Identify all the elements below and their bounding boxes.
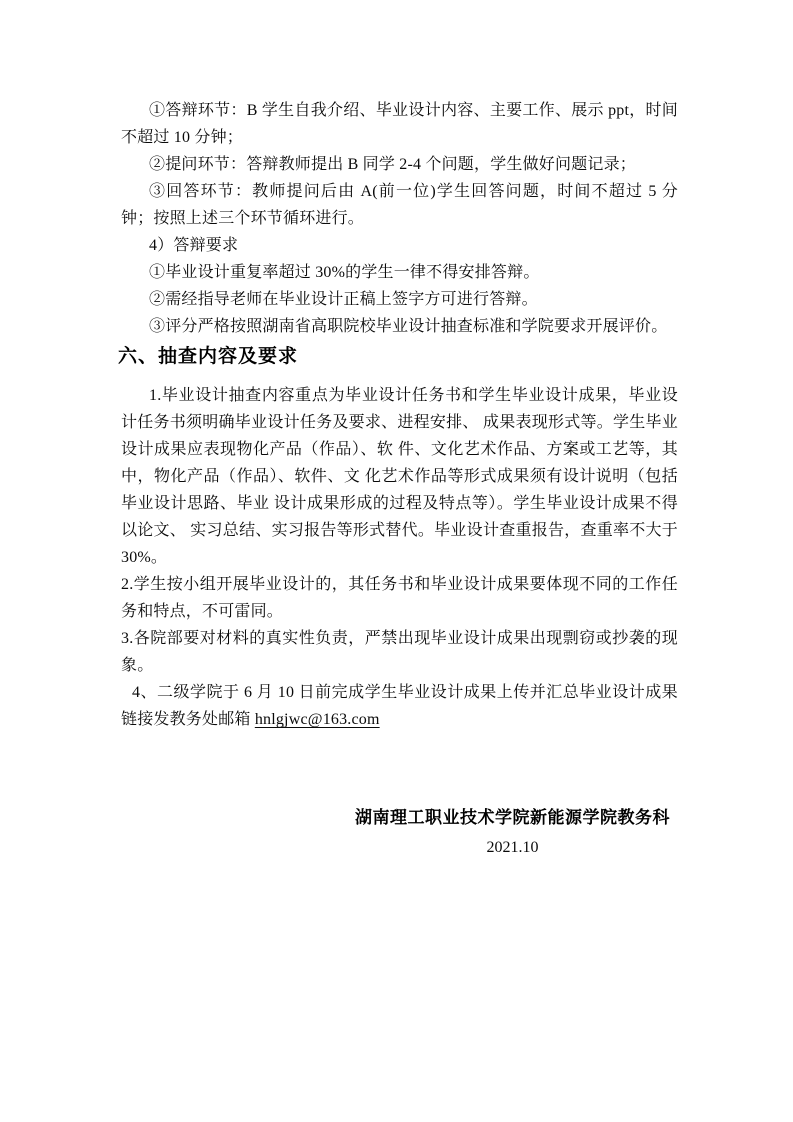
paragraph-defense-requirements-title: 4）答辩要求 bbox=[121, 232, 678, 259]
paragraph-inspection-item-2: 2.学生按小组开展毕业设计的，其任务书和毕业设计成果要体现不同的工作任务和特点，… bbox=[121, 571, 678, 625]
signature-block: 湖南理工职业技术学院新能源学院教务科 2021.10 bbox=[355, 803, 670, 863]
paragraph-inspection-item-3: 3.各院部要对材料的真实性负责，严禁出现毕业设计成果出现剽窃或抄袭的现象。 bbox=[121, 625, 678, 679]
email-link[interactable]: hnlgjwc@163.com bbox=[255, 711, 380, 728]
document-page: ①答辩环节：B 学生自我介绍、毕业设计内容、主要工作、展示 ppt，时间不超过 … bbox=[0, 0, 793, 1122]
signature-date: 2021.10 bbox=[355, 833, 670, 863]
paragraph-defense-step-2: ②提问环节：答辩教师提出 B 同学 2-4 个问题，学生做好问题记录； bbox=[121, 151, 678, 178]
upload-deadline-text: 4、二级学院于 6 月 10 日前完成学生毕业设计成果上传并汇总毕业设计成果链接… bbox=[121, 684, 678, 728]
paragraph-inspection-item-1: 1.毕业设计抽查内容重点为毕业设计任务书和学生毕业设计成果，毕业设计任务书须明确… bbox=[121, 382, 678, 571]
signature-department: 湖南理工职业技术学院新能源学院教务科 bbox=[355, 803, 670, 833]
paragraph-requirement-1: ①毕业设计重复率超过 30%的学生一律不得安排答辩。 bbox=[121, 259, 678, 286]
paragraph-defense-step-1: ①答辩环节：B 学生自我介绍、毕业设计内容、主要工作、展示 ppt，时间不超过 … bbox=[121, 97, 678, 151]
document-content: ①答辩环节：B 学生自我介绍、毕业设计内容、主要工作、展示 ppt，时间不超过 … bbox=[121, 0, 678, 863]
paragraph-requirement-3: ③评分严格按照湖南省高职院校毕业设计抽查标准和学院要求开展评价。 bbox=[121, 313, 678, 340]
paragraph-requirement-2: ②需经指导老师在毕业设计正稿上签字方可进行答辩。 bbox=[121, 286, 678, 313]
paragraph-defense-step-3: ③回答环节：教师提问后由 A(前一位)学生回答问题，时间不超过 5 分钟；按照上… bbox=[121, 178, 678, 232]
paragraph-inspection-item-4: 4、二级学院于 6 月 10 日前完成学生毕业设计成果上传并汇总毕业设计成果链接… bbox=[121, 679, 678, 733]
section-heading-inspection: 六、抽查内容及要求 bbox=[118, 340, 678, 373]
